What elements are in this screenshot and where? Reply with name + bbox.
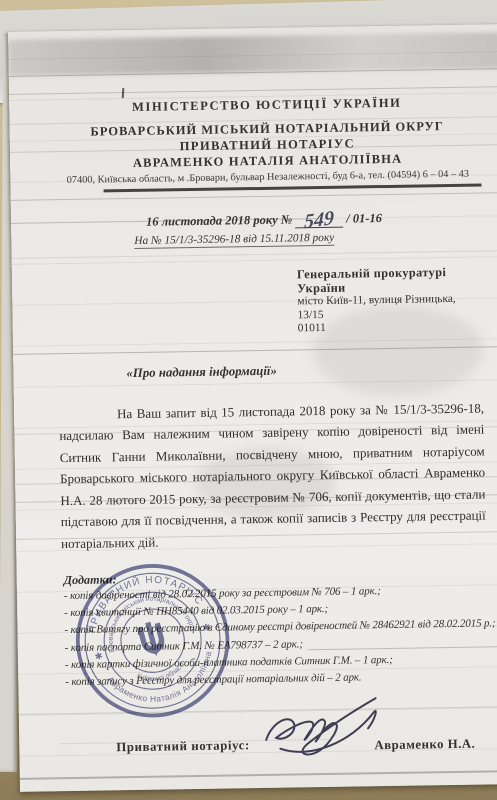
stamp-inner-bottom-text: Київської області	[134, 659, 189, 688]
trident-emblem	[137, 619, 168, 659]
outgoing-number-slot: 549	[295, 212, 343, 229]
date-prefix: 16 листопада 2018 року №	[146, 212, 292, 228]
recipient-block: Генеральній прокуратурі України місто Ки…	[297, 265, 483, 335]
document-page: МІНІСТЕРСТВО ЮСТИЦІЇ УКРАЇНИ БРОВАРСЬКИЙ…	[8, 24, 497, 792]
signer-role: Приватний нотаріус:	[116, 738, 250, 755]
stamp-ring-bottom-text: Авраменко Наталія Анатоліївна	[104, 648, 223, 716]
stamp-star-right: ✱	[202, 622, 212, 635]
recipient-address: місто Київ-11, вулиця Різницька, 13/15	[297, 292, 482, 322]
svg-text:Авраменко Наталія Анатоліївна: Авраменко Наталія Анатоліївна	[104, 648, 223, 716]
photo-scene: МІНІСТЕРСТВО ЮСТИЦІЇ УКРАЇНИ БРОВАРСЬКИЙ…	[0, 0, 497, 800]
recipient-postal-code: 01011	[298, 319, 483, 335]
subject-line: «Про надання інформації»	[126, 360, 483, 381]
handwritten-number: 549	[304, 213, 334, 227]
header-rule	[104, 183, 482, 192]
outgoing-date-line: 16 листопада 2018 року №549/ 01-16	[146, 210, 481, 231]
stamp-star-left: ✱	[94, 650, 104, 663]
ministry-title: МІНІСТЕРСТВО ЮСТИЦІЇ УКРАЇНИ	[54, 95, 479, 117]
handwritten-signature	[253, 690, 404, 772]
date-suffix: / 01-16	[346, 211, 382, 226]
svg-text:Київської області: Київської області	[134, 659, 189, 688]
recipient-name: Генеральній прокуратурі України	[297, 265, 482, 295]
letter-body: На Ваш запит від 15 листопада 2018 року …	[59, 397, 486, 554]
